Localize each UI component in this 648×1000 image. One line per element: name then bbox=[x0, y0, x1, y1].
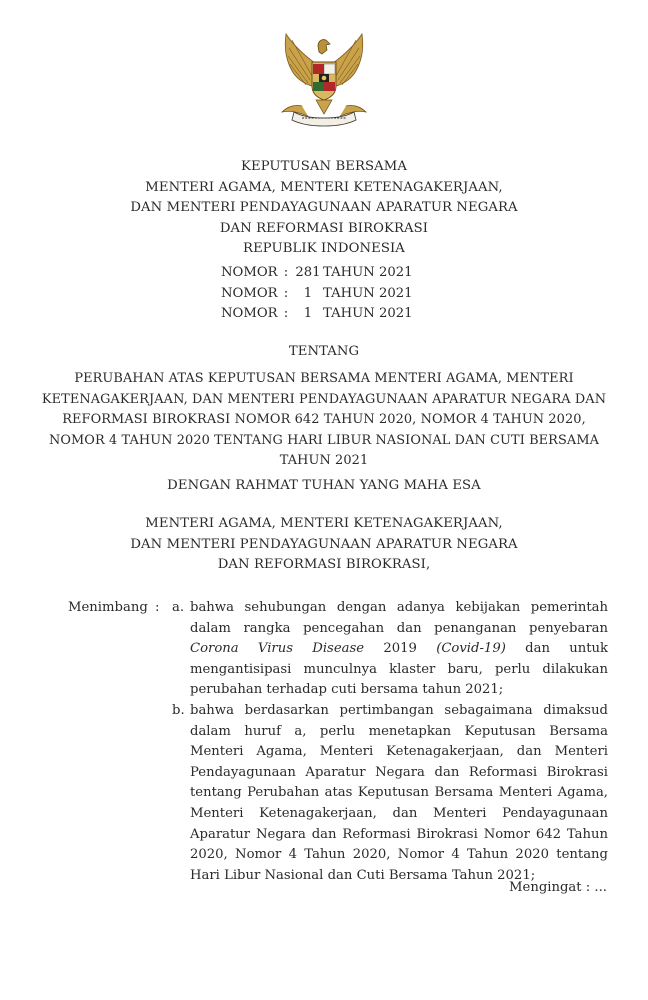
consideration-item-b: b. bahwa berdasarkan pertimbangan sebaga… bbox=[172, 701, 608, 886]
document-page: KEPUTUSAN BERSAMA MENTERI AGAMA, MENTERI… bbox=[0, 0, 648, 1000]
nomor-label: NOMOR bbox=[221, 263, 279, 284]
subject-line: TAHUN 2021 bbox=[0, 451, 648, 472]
minister-line: DAN REFORMASI BIROKRASI, bbox=[0, 555, 648, 576]
nomor-number: 281 bbox=[293, 263, 323, 284]
minister-line: MENTERI AGAMA, MENTERI KETENAGAKERJAAN, bbox=[0, 514, 648, 535]
minister-line: DAN MENTERI PENDAYAGUNAAN APARATUR NEGAR… bbox=[0, 535, 648, 556]
nomor-label: NOMOR bbox=[221, 284, 279, 305]
subject-line: NOMOR 4 TAHUN 2020 TENTANG HARI LIBUR NA… bbox=[0, 431, 648, 452]
item-marker: a. bbox=[172, 598, 184, 619]
subject-line: KETENAGAKERJAAN, DAN MENTERI PENDAYAGUNA… bbox=[0, 390, 648, 411]
nomor-number: 1 bbox=[293, 304, 323, 325]
title-line: REPUBLIK INDONESIA bbox=[0, 239, 648, 260]
nomor-row: NOMOR : 1 TAHUN 2021 bbox=[221, 284, 413, 305]
issuing-ministers: MENTERI AGAMA, MENTERI KETENAGAKERJAAN, … bbox=[0, 514, 648, 576]
nomor-number: 1 bbox=[293, 284, 323, 305]
decree-title: KEPUTUSAN BERSAMA MENTERI AGAMA, MENTERI… bbox=[0, 157, 648, 260]
menimbang-colon: : bbox=[155, 598, 159, 619]
nomor-label: NOMOR bbox=[221, 304, 279, 325]
italic-term: Corona Virus Disease bbox=[190, 641, 364, 656]
garuda-pancasila-emblem-icon bbox=[272, 28, 376, 136]
title-line: DAN MENTERI PENDAYAGUNAAN APARATUR NEGAR… bbox=[0, 198, 648, 219]
item-text: bahwa sehubungan dengan adanya kebijakan… bbox=[190, 598, 608, 701]
text-segment: 2019 bbox=[364, 641, 436, 656]
nomor-row: NOMOR : 281 TAHUN 2021 bbox=[221, 263, 413, 284]
decree-numbers: NOMOR : 281 TAHUN 2021 NOMOR : 1 TAHUN 2… bbox=[221, 263, 413, 325]
rahmat-invocation: DENGAN RAHMAT TUHAN YANG MAHA ESA bbox=[0, 476, 648, 497]
nomor-row: NOMOR : 1 TAHUN 2021 bbox=[221, 304, 413, 325]
tentang-heading: TENTANG bbox=[0, 342, 648, 363]
nomor-year: TAHUN 2021 bbox=[323, 263, 413, 284]
title-line: KEPUTUSAN BERSAMA bbox=[0, 157, 648, 178]
menimbang-label: Menimbang bbox=[68, 598, 148, 619]
continuation-marker: Mengingat : ... bbox=[509, 880, 607, 895]
nomor-year: TAHUN 2021 bbox=[323, 284, 413, 305]
item-marker: b. bbox=[172, 701, 185, 722]
subject-line: PERUBAHAN ATAS KEPUTUSAN BERSAMA MENTERI… bbox=[0, 369, 648, 390]
title-line: MENTERI AGAMA, MENTERI KETENAGAKERJAAN, bbox=[0, 178, 648, 199]
italic-term: (Covid-19) bbox=[436, 641, 506, 656]
item-text: bahwa berdasarkan pertimbangan sebagaima… bbox=[190, 701, 608, 886]
subject-line: REFORMASI BIROKRASI NOMOR 642 TAHUN 2020… bbox=[0, 410, 648, 431]
decree-subject: PERUBAHAN ATAS KEPUTUSAN BERSAMA MENTERI… bbox=[0, 369, 648, 472]
text-segment: bahwa sehubungan dengan adanya kebijakan… bbox=[190, 600, 608, 636]
consideration-item-a: a. bahwa sehubungan dengan adanya kebija… bbox=[172, 598, 608, 701]
nomor-separator: : bbox=[279, 304, 293, 325]
title-line: DAN REFORMASI BIROKRASI bbox=[0, 219, 648, 240]
nomor-year: TAHUN 2021 bbox=[323, 304, 413, 325]
nomor-separator: : bbox=[279, 263, 293, 284]
nomor-separator: : bbox=[279, 284, 293, 305]
